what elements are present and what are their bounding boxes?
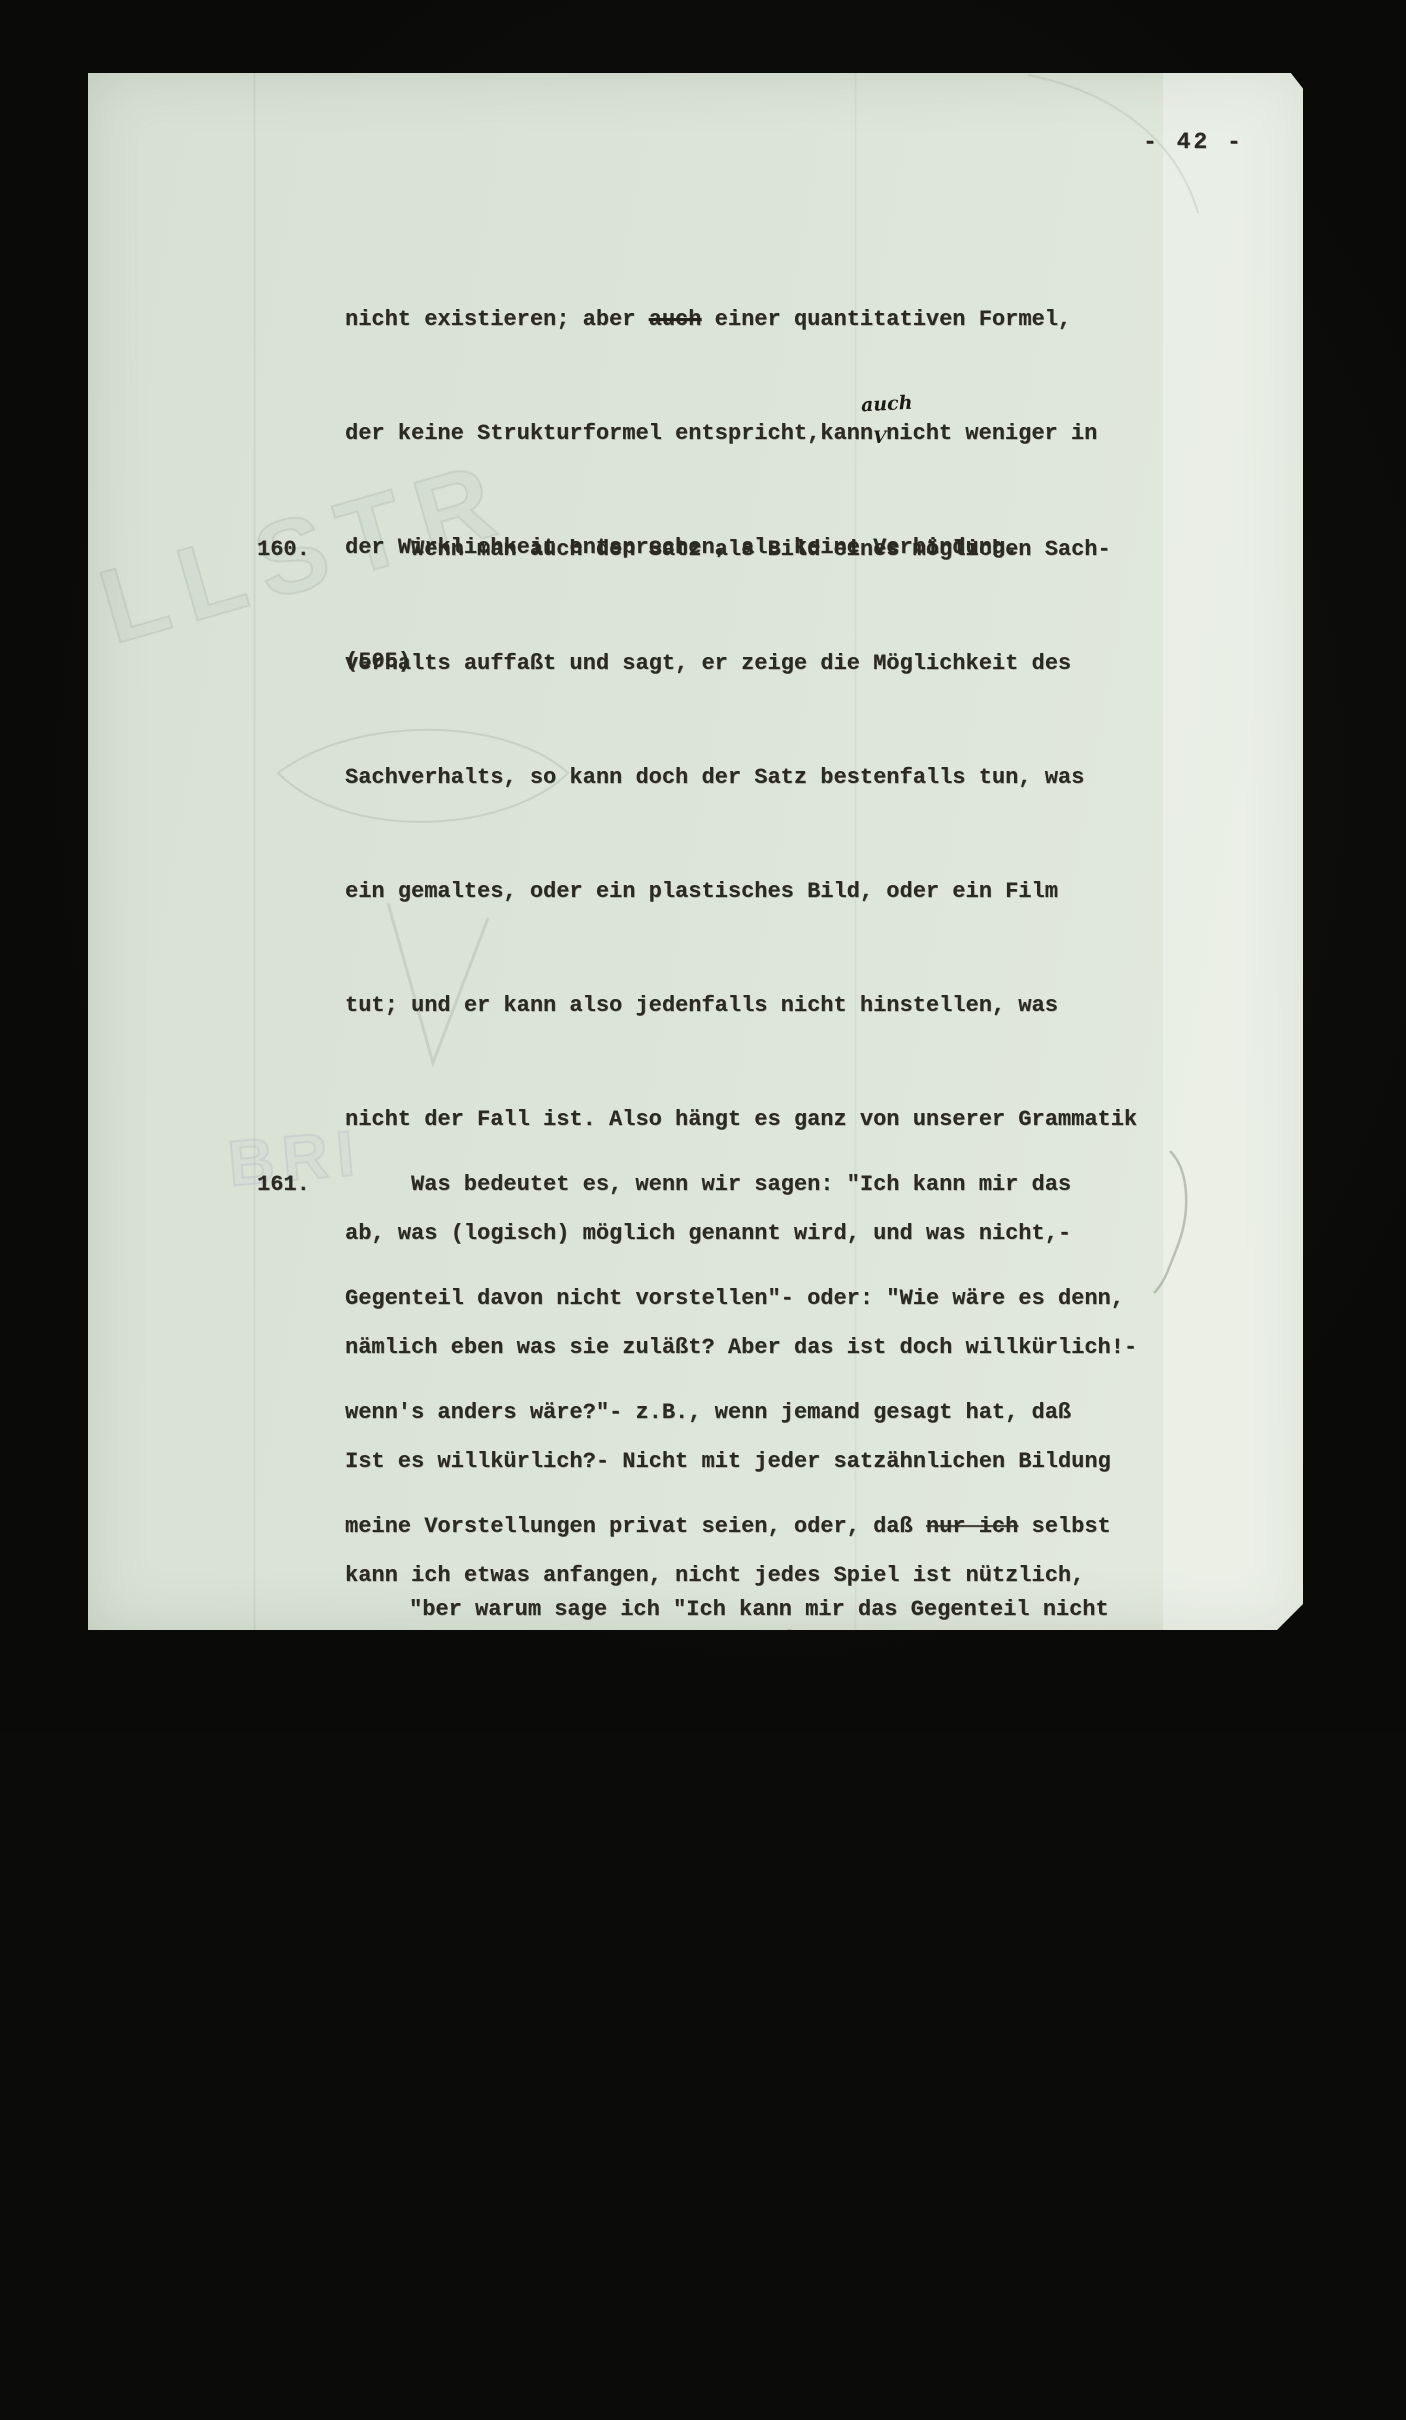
typed-text: wenn's anders wäre?"- z.B., wenn jemand …	[345, 1400, 1071, 1425]
scanner-background: LLSTR BRI - 42 - nicht existieren; aber …	[0, 0, 1406, 1731]
sec160-line-2: verhalts auffaßt und sagt, er zeige die …	[345, 645, 1137, 683]
sec161-line-13: vorstellen/", warum nicht "Ich kann mir,…	[345, 1705, 1109, 1731]
typed-text: "ber warum sage ich "Ich kann mir das Ge…	[409, 1597, 1109, 1622]
sec160-line-5: tut; und er kann also jedenfalls nicht h…	[345, 987, 1137, 1025]
typed-text: wissen kann, ob ich Schmer	[345, 1628, 688, 1653]
paper-light-band	[1163, 73, 1303, 1630]
remark-number: 160.	[257, 531, 310, 569]
typescript-page: LLSTR BRI - 42 - nicht existieren; aber …	[88, 73, 1303, 1630]
sec161-line-2: Gegenteil davon nicht vorstellen"- oder:…	[345, 1280, 1127, 1318]
paper-crease	[253, 73, 256, 1630]
sec161-line-3: wenn's anders wäre?"- z.B., wenn jemand …	[345, 1394, 1127, 1432]
sec161-line-12: "ber warum sage ich "Ich kann mir das Ge…	[345, 1591, 1109, 1629]
sec160-line-11: und wenn ich versucht bin, etwas ganz Un…	[345, 1671, 1137, 1709]
handwritten-insertion-auch: auch	[860, 393, 913, 417]
typed-text: einer quantitativen Formel,	[701, 307, 1071, 332]
insertion-caret-mark: V	[873, 419, 886, 457]
typed-text: und wenn ich versucht bin, etwas ganz Un…	[345, 1677, 1071, 1702]
typed-text: tut; und er kann also jedenfalls nicht h…	[345, 993, 1058, 1018]
typed-text: der keine Strukturformel entspricht,kann	[345, 421, 873, 446]
sec160-line-3: Sachverhalts, so kann doch der Satz best…	[345, 759, 1137, 797]
page-number: - 42 -	[1143, 129, 1244, 155]
typed-text: nicht existieren; aber	[345, 307, 649, 332]
intro-line-2: der keine Strukturformel entspricht,kann…	[345, 415, 1097, 453]
intro-line-1: nicht existieren; aber auch einer quanti…	[345, 301, 1097, 339]
typed-text: Gegenteil davon nicht vorstellen"- oder:…	[345, 1286, 1124, 1311]
typed-text: ein gemaltes, oder ein plastisches Bild,…	[345, 879, 1058, 904]
section-161: 161.Was bedeutet es, wenn wir sagen: "Ic…	[345, 1090, 1127, 1731]
typed-text: vorstellen/", warum nicht "Ich kann mir,…	[345, 1711, 1032, 1731]
typed-text: Wenn man auch den Satz als Bild eines mö…	[411, 537, 1111, 562]
sec160-line-1: 160.Wenn man auch den Satz als Bild eine…	[345, 531, 1137, 569]
struck-word: auch	[649, 307, 702, 332]
section-161-tail: "ber warum sage ich "Ich kann mir das Ge…	[345, 1515, 1109, 1731]
remark-number: 161.	[257, 1166, 310, 1204]
typed-text: empfinde, und dergleichen.	[728, 1628, 1084, 1653]
overtyped-letters: zen	[688, 1628, 728, 1653]
typed-text: Sachverhalts, so kann doch der Satz best…	[345, 765, 1084, 790]
sec160-line-4: ein gemaltes, oder ein plastisches Bild,…	[345, 873, 1137, 911]
typed-text: verhalts auffaßt und sagt, er zeige die …	[345, 651, 1071, 676]
sec161-line-1: 161.Was bedeutet es, wenn wir sagen: "Ic…	[345, 1166, 1127, 1204]
typed-text: nicht weniger in	[886, 421, 1097, 446]
typed-text: Was bedeutet es, wenn wir sagen: "Ich ka…	[411, 1172, 1071, 1197]
